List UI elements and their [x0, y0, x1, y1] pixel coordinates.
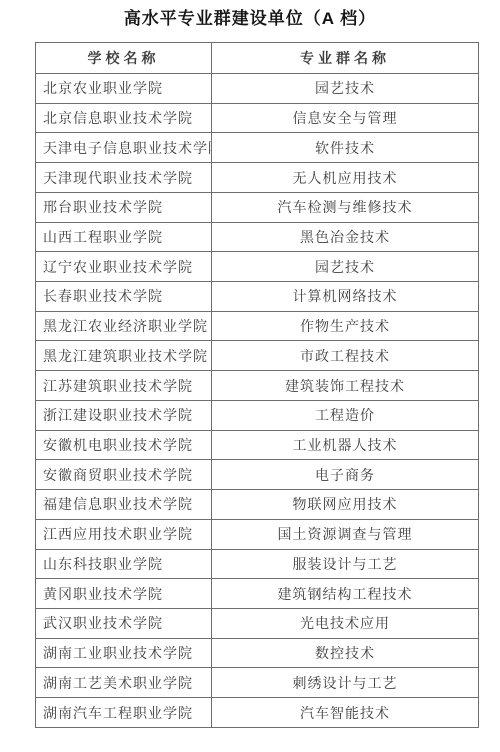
group-name-cell: 工业机器人技术 — [212, 430, 479, 460]
group-name-cell: 无人机应用技术 — [212, 163, 479, 193]
group-name-cell: 刺绣设计与工艺 — [212, 668, 479, 698]
group-name-cell: 软件技术 — [212, 133, 479, 163]
school-name-cell: 湖南汽车工程职业学院 — [36, 698, 212, 728]
page-title: 高水平专业群建设单位（A 档） — [0, 9, 500, 29]
table-row: 北京农业职业学院园艺技术 — [36, 74, 479, 104]
school-name-cell: 湖南工艺美术职业学院 — [36, 668, 212, 698]
table-body: 北京农业职业学院园艺技术北京信息职业技术学院信息安全与管理天津电子信息职业技术学… — [36, 74, 479, 728]
school-name-cell: 山东科技职业学院 — [36, 549, 212, 579]
group-name-cell: 园艺技术 — [212, 74, 479, 104]
school-name-cell: 江西应用技术职业学院 — [36, 519, 212, 549]
school-name-cell: 天津现代职业技术学院 — [36, 163, 212, 193]
group-name-cell: 作物生产技术 — [212, 311, 479, 341]
table-row: 天津现代职业技术学院无人机应用技术 — [36, 163, 479, 193]
table-row: 武汉职业技术学院光电技术应用 — [36, 608, 479, 638]
award-table: 学校名称 专业群名称 北京农业职业学院园艺技术北京信息职业技术学院信息安全与管理… — [35, 42, 479, 728]
group-name-cell: 电子商务 — [212, 460, 479, 490]
group-name-cell: 汽车检测与维修技术 — [212, 192, 479, 222]
school-name-cell: 浙江建设职业技术学院 — [36, 400, 212, 430]
school-name-cell: 黑龙江建筑职业技术学院 — [36, 341, 212, 371]
table-header-row: 学校名称 专业群名称 — [36, 43, 479, 74]
table-row: 湖南工业职业技术学院数控技术 — [36, 638, 479, 668]
school-name-cell: 武汉职业技术学院 — [36, 608, 212, 638]
school-name-cell: 福建信息职业技术学院 — [36, 490, 212, 520]
school-name-cell: 湖南工业职业技术学院 — [36, 638, 212, 668]
table-row: 浙江建设职业技术学院工程造价 — [36, 400, 479, 430]
table-row: 山东科技职业学院服装设计与工艺 — [36, 549, 479, 579]
group-name-cell: 数控技术 — [212, 638, 479, 668]
school-name-cell: 长春职业技术学院 — [36, 282, 212, 312]
group-name-cell: 园艺技术 — [212, 252, 479, 282]
table-row: 黑龙江农业经济职业学院作物生产技术 — [36, 311, 479, 341]
school-name-cell: 安徽机电职业技术学院 — [36, 430, 212, 460]
table-row: 安徽机电职业技术学院工业机器人技术 — [36, 430, 479, 460]
table-row: 江西应用技术职业学院国土资源调查与管理 — [36, 519, 479, 549]
table-row: 福建信息职业技术学院物联网应用技术 — [36, 490, 479, 520]
school-name-cell: 辽宁农业职业技术学院 — [36, 252, 212, 282]
table-row: 湖南汽车工程职业学院汽车智能技术 — [36, 698, 479, 728]
table-row: 江苏建筑职业技术学院建筑装饰工程技术 — [36, 371, 479, 401]
table-row: 辽宁农业职业技术学院园艺技术 — [36, 252, 479, 282]
group-name-cell: 建筑钢结构工程技术 — [212, 579, 479, 609]
column-header-group-name: 专业群名称 — [212, 43, 479, 74]
school-name-cell: 江苏建筑职业技术学院 — [36, 371, 212, 401]
group-name-cell: 汽车智能技术 — [212, 698, 479, 728]
group-name-cell: 光电技术应用 — [212, 608, 479, 638]
group-name-cell: 建筑装饰工程技术 — [212, 371, 479, 401]
group-name-cell: 黑色冶金技术 — [212, 222, 479, 252]
school-name-cell: 黄冈职业技术学院 — [36, 579, 212, 609]
column-header-school-name: 学校名称 — [36, 43, 212, 74]
group-name-cell: 国土资源调查与管理 — [212, 519, 479, 549]
table-row: 北京信息职业技术学院信息安全与管理 — [36, 103, 479, 133]
table-row: 长春职业技术学院计算机网络技术 — [36, 282, 479, 312]
table-row: 黑龙江建筑职业技术学院市政工程技术 — [36, 341, 479, 371]
group-name-cell: 物联网应用技术 — [212, 490, 479, 520]
school-name-cell: 安徽商贸职业技术学院 — [36, 460, 212, 490]
table-row: 黄冈职业技术学院建筑钢结构工程技术 — [36, 579, 479, 609]
group-name-cell: 工程造价 — [212, 400, 479, 430]
group-name-cell: 市政工程技术 — [212, 341, 479, 371]
school-name-cell: 北京农业职业学院 — [36, 74, 212, 104]
school-name-cell: 天津电子信息职业技术学院 — [36, 133, 212, 163]
document-page: 高水平专业群建设单位（A 档） 学校名称 专业群名称 北京农业职业学院园艺技术北… — [0, 0, 500, 752]
school-name-cell: 山西工程职业学院 — [36, 222, 212, 252]
table-row: 山西工程职业学院黑色冶金技术 — [36, 222, 479, 252]
group-name-cell: 信息安全与管理 — [212, 103, 479, 133]
school-name-cell: 北京信息职业技术学院 — [36, 103, 212, 133]
group-name-cell: 服装设计与工艺 — [212, 549, 479, 579]
school-name-cell: 邢台职业技术学院 — [36, 192, 212, 222]
table-row: 天津电子信息职业技术学院软件技术 — [36, 133, 479, 163]
school-name-cell: 黑龙江农业经济职业学院 — [36, 311, 212, 341]
group-name-cell: 计算机网络技术 — [212, 282, 479, 312]
table-row: 邢台职业技术学院汽车检测与维修技术 — [36, 192, 479, 222]
table-row: 湖南工艺美术职业学院刺绣设计与工艺 — [36, 668, 479, 698]
table-row: 安徽商贸职业技术学院电子商务 — [36, 460, 479, 490]
